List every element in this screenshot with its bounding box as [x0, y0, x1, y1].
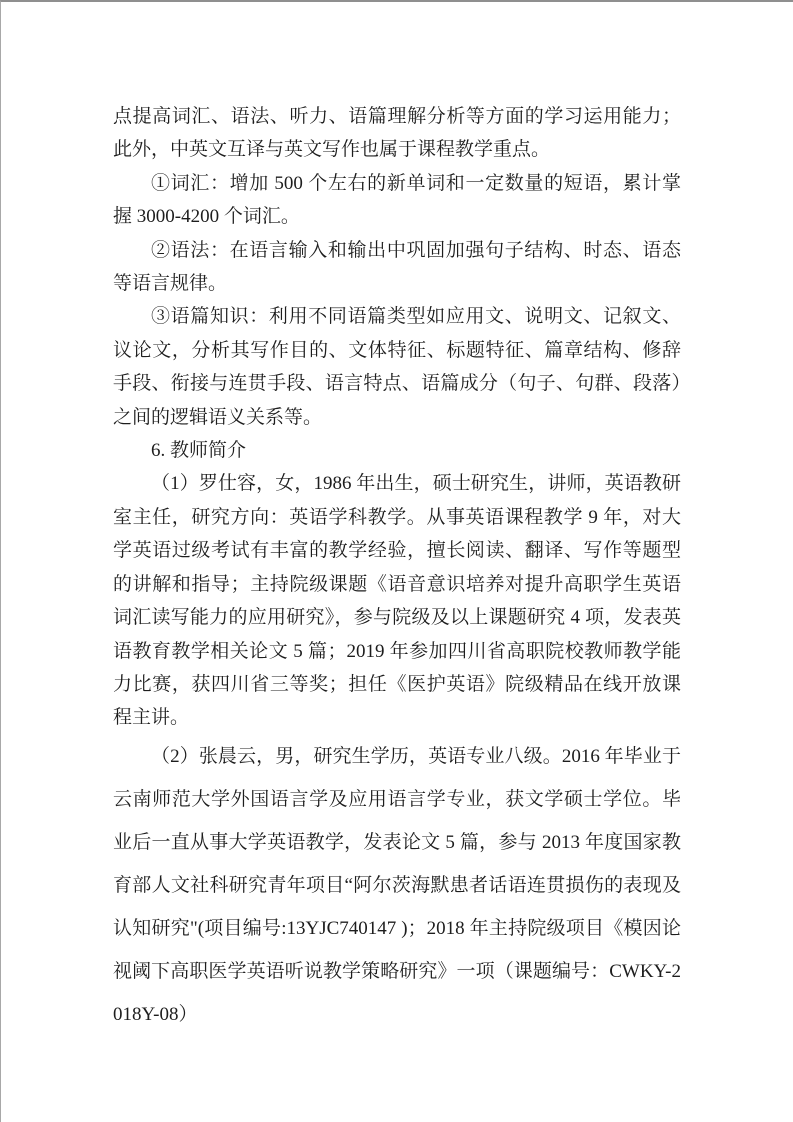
document-text-block: 点提高词汇、语法、听力、语篇理解分析等方面的学习运用能力；此外，中英文互译与英文…	[113, 100, 681, 1036]
paragraph-item-grammar: ②语法：在语言输入和输出中巩固加强句子结构、时态、语态等语言规律。	[113, 234, 681, 301]
document-page: 点提高词汇、语法、听力、语篇理解分析等方面的学习运用能力；此外，中英文互译与英文…	[0, 0, 793, 1122]
paragraph-item-vocabulary: ①词汇：增加 500 个左右的新单词和一定数量的短语，累计掌握 3000-420…	[113, 167, 681, 234]
heading-teacher-intro: 6. 教师简介	[113, 434, 681, 467]
paragraph-teacher-2-bio: （2）张晨云，男，研究生学历，英语专业八级。2016 年毕业于云南师范大学外国语…	[113, 735, 681, 1036]
paragraph-course-focus-continuation: 点提高词汇、语法、听力、语篇理解分析等方面的学习运用能力；此外，中英文互译与英文…	[113, 100, 681, 167]
paragraph-teacher-1-bio: （1）罗仕容，女，1986 年出生，硕士研究生，讲师，英语教研室主任，研究方向：…	[113, 467, 681, 734]
paragraph-item-discourse-knowledge: ③语篇知识：利用不同语篇类型如应用文、说明文、记叙文、议论文，分析其写作目的、文…	[113, 300, 681, 434]
